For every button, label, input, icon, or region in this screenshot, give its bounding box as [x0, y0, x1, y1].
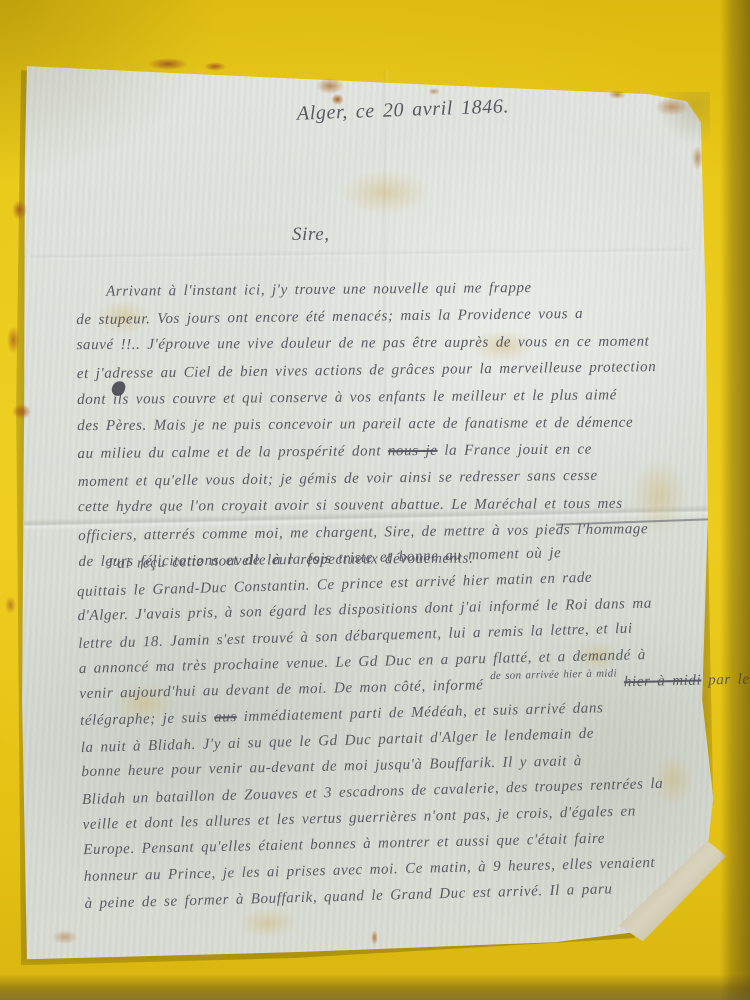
line-text: venir aujourd'hui au devant de moi. De m… [79, 677, 490, 702]
struck-text: aus [214, 709, 237, 726]
photo-edge-shade [720, 0, 750, 1000]
rust-stain [52, 930, 78, 944]
rust-stain [5, 596, 16, 614]
rust-stain [692, 146, 703, 170]
struck-text: hier à midi [624, 673, 702, 691]
salutation: Sire, [292, 224, 330, 246]
photo-edge-shade [0, 0, 240, 200]
rust-stain [371, 930, 378, 945]
rust-stain [7, 326, 20, 354]
line-text: la France jouit en ce [437, 442, 592, 459]
rust-stain [12, 404, 31, 419]
line-text: télégraphe; je suis [80, 710, 214, 729]
rust-stain [12, 200, 27, 220]
paragraph-1: Arrivant à l'instant ici, j'y trouve une… [76, 273, 723, 576]
rust-stain [655, 98, 689, 116]
photo-edge-shade [0, 974, 750, 1000]
inserted-text: de son arrivée hier à midi [490, 660, 617, 689]
paragraph-2: J'ai reçu cette nouvelle à la fois trist… [76, 536, 729, 916]
rust-stain [428, 88, 440, 95]
letter-line: des Pères. Mais je ne puis concevoir un … [77, 409, 721, 440]
line-text: au milieu du calme et de la prospérité d… [77, 443, 388, 462]
rust-stain [316, 78, 344, 94]
rust-stain [608, 90, 626, 99]
photo-background: Alger, ce 20 avril 1846. Sire, Arrivant … [0, 0, 750, 1000]
age-stain [238, 908, 298, 938]
struck-text: nous je [388, 443, 438, 459]
age-stain [340, 170, 430, 215]
